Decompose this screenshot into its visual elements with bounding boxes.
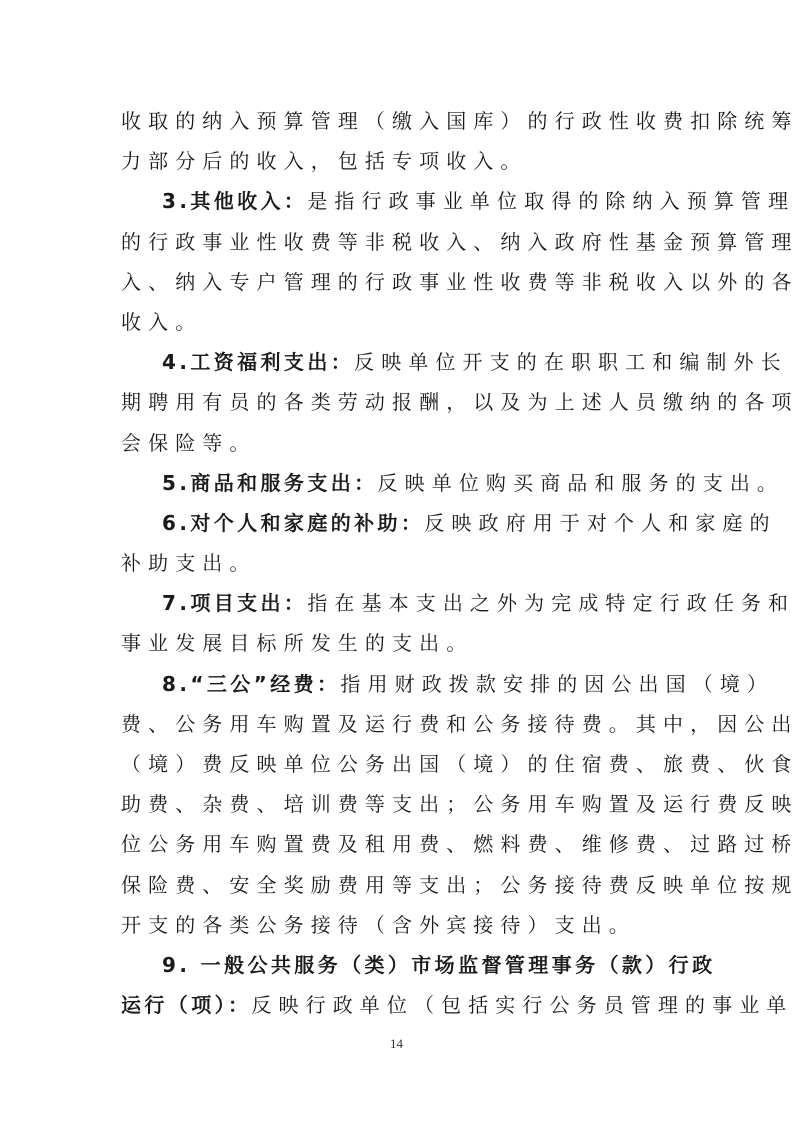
text-line-4: 的行政事业性收费等非税收入、纳入政府性基金预算管理收 [121, 222, 676, 262]
text-line-21: 开支的各类公务接待（含外宾接待）支出。 [121, 905, 676, 945]
item-heading-continued: 运行（项）： [121, 993, 251, 1017]
item-3-other-income: 3.其他收入：是指行政事业单位取得的除纳入预算管理 [121, 181, 676, 221]
item-heading: 5.商品和服务支出： [162, 471, 378, 495]
item-heading: 8.“三公”经费： [162, 672, 340, 696]
document-page: 收取的纳入预算管理（缴入国库）的行政性收费扣除统筹财 力部分后的收入，包括专项收… [0, 0, 793, 1122]
text-line-19: 位公务用车购置费及租用费、燃料费、维修费、过路过桥费、 [121, 824, 676, 864]
page-body: 收取的纳入预算管理（缴入国库）的行政性收费扣除统筹财 力部分后的收入，包括专项收… [121, 101, 676, 1025]
text-line-23: 运行（项）：反映行政单位（包括实行公务员管理的事业单 [121, 985, 676, 1025]
item-5-goods-services: 5.商品和服务支出：反映单位购买商品和服务的支出。 [121, 463, 676, 503]
text-line-17: （境）费反映单位公务出国（境）的住宿费、旅费、伙食补 [121, 744, 676, 784]
item-heading: 7.项目支出： [162, 591, 307, 615]
item-heading: 6.对个人和家庭的补助： [162, 511, 424, 535]
item-heading: 9. 一般公共服务（类）市场监督管理事务（款）行政 [162, 953, 715, 977]
text-line-12: 补助支出。 [121, 543, 676, 583]
text-line-14: 事业发展目标所发生的支出。 [121, 623, 676, 663]
text-line-2: 力部分后的收入，包括专项收入。 [121, 141, 676, 181]
text-line-1: 收取的纳入预算管理（缴入国库）的行政性收费扣除统筹财 [121, 101, 676, 141]
item-heading: 4.工资福利支出： [162, 350, 354, 374]
item-4-wage-welfare: 4.工资福利支出：反映单位开支的在职职工和编制外长 [121, 342, 676, 382]
item-9-general-public-services: 9. 一般公共服务（类）市场监督管理事务（款）行政 [121, 945, 676, 985]
text-line-6: 收入。 [121, 302, 676, 342]
page-number: 14 [0, 1036, 793, 1052]
text-line-5: 入、纳入专户管理的行政事业性收费等非税收入以外的各项 [121, 262, 676, 302]
item-7-project-expenditure: 7.项目支出：指在基本支出之外为完成特定行政任务和 [121, 583, 676, 623]
item-8-three-public-funds: 8.“三公”经费：指用财政拨款安排的因公出国（境） [121, 664, 676, 704]
text-line-8: 期聘用有员的各类劳动报酬，以及为上述人员缴纳的各项社 [121, 382, 676, 422]
item-heading: 3.其他收入： [162, 189, 307, 213]
text-line-9: 会保险等。 [121, 423, 676, 463]
text-line-18: 助费、杂费、培训费等支出；公务用车购置及运行费反映单 [121, 784, 676, 824]
text-line-16: 费、公务用车购置及运行费和公务接待费。其中，因公出国 [121, 704, 676, 744]
text-line-20: 保险费、安全奖励费用等支出；公务接待费反映单位按规定 [121, 865, 676, 905]
item-6-household-subsidy: 6.对个人和家庭的补助：反映政府用于对个人和家庭的 [121, 503, 676, 543]
